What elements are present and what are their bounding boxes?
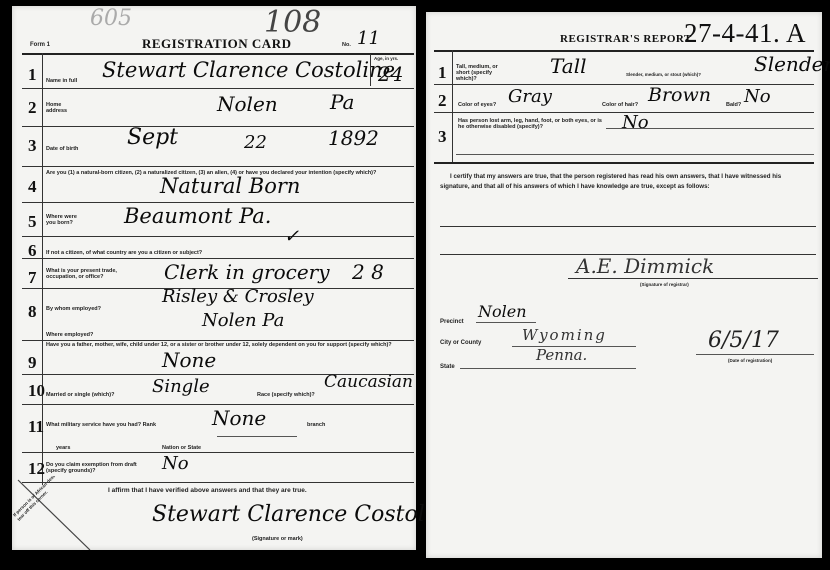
precinct-label: Precinct — [440, 319, 464, 325]
county-label: City or County — [440, 340, 481, 346]
state-label: State — [440, 364, 455, 370]
disability-value: No — [622, 114, 649, 132]
row-number: 1 — [28, 66, 37, 83]
certification-text: I certify that my answers are true, that… — [440, 172, 810, 192]
military-rank-value: None — [212, 408, 266, 428]
build-label: Slender, medium, or stout (which)? — [626, 72, 701, 78]
state-line — [460, 368, 636, 369]
row-number: 7 — [28, 269, 37, 286]
citizenship-value: Natural Born — [160, 176, 300, 197]
date-label: (Date of registration) — [728, 358, 772, 364]
birthplace-value: Beaumont Pa. — [124, 206, 271, 227]
employment-place-value: Nolen Pa — [202, 312, 284, 330]
blank-line — [606, 128, 814, 129]
age-divider — [370, 54, 371, 86]
military-service-label: What military service have you had? Rank — [46, 422, 156, 428]
row-number: 3 — [28, 137, 37, 154]
exemption-value: No — [162, 455, 189, 473]
row-number: 10 — [28, 382, 45, 399]
registrant-signature: Stewart Clarence Costoline — [152, 504, 459, 526]
blank-line — [456, 154, 814, 155]
registration-date: 6/5/17 — [708, 330, 779, 352]
employment-place-label: Where employed? — [46, 332, 93, 338]
occupation-label: What is your present trade, occupation, … — [46, 268, 126, 280]
date-line — [696, 354, 814, 355]
branch-label: branch — [307, 422, 325, 428]
dependents-value: None — [162, 350, 216, 370]
signature-line — [568, 278, 818, 279]
nation-state-label: Nation or State — [162, 445, 201, 451]
age-value: 24 — [378, 64, 403, 84]
exemption-label: Do you claim exemption from draft (speci… — [46, 462, 141, 474]
race-value: Caucasian — [324, 374, 413, 391]
marital-status-label: Married or single (which)? — [46, 392, 114, 398]
name-value: Stewart Clarence Costoline — [102, 60, 395, 81]
row-divider — [22, 404, 414, 405]
report-stamp: 27-4-41. A — [684, 18, 806, 49]
precinct-line — [476, 322, 536, 323]
birthplace-label: Where were you born? — [46, 214, 86, 226]
precinct-value: Nolen — [478, 304, 527, 320]
home-address-label: Home address — [46, 102, 76, 114]
report-title: REGISTRAR'S REPORT — [560, 33, 692, 45]
occupation-extra: 2 8 — [352, 262, 384, 282]
serial-number: 11 — [357, 30, 380, 48]
registration-card: Form 1 605 REGISTRATION CARD 108 No. 11 … — [12, 6, 416, 550]
bald-value: No — [744, 88, 771, 106]
affirmation-text: I affirm that I have verified above answ… — [108, 486, 307, 496]
dependents-label: Have you a father, mother, wife, child u… — [46, 342, 406, 348]
home-city-value: Nolen — [217, 94, 278, 114]
row-number: 2 — [28, 99, 37, 116]
card-number: 108 — [264, 8, 321, 38]
signature-label: (Signature or mark) — [252, 536, 303, 542]
row-number: 8 — [28, 303, 37, 320]
employer-label: By whom employed? — [46, 306, 101, 312]
exception-line — [440, 226, 816, 227]
tear-off-corner: If person is of African descent, tear of… — [12, 476, 102, 550]
row-divider — [22, 236, 414, 237]
row-divider — [22, 340, 414, 341]
row-divider — [22, 258, 414, 259]
row-number: 9 — [28, 354, 37, 371]
no-label: No. — [342, 42, 351, 48]
number-column-line — [452, 50, 453, 162]
height-label: Tall, medium, or short (specify which)? — [456, 64, 511, 82]
pencil-number: 605 — [90, 8, 132, 30]
bald-label: Bald? — [726, 102, 741, 108]
county-value: Wyoming — [522, 328, 607, 343]
row-number: 1 — [438, 64, 447, 81]
hair-color-value: Brown — [648, 86, 711, 105]
home-state-value: Pa — [330, 92, 354, 112]
registrars-report-card: REGISTRAR'S REPORT 27-4-41. A 1 Tall, me… — [426, 12, 822, 558]
row-number: 3 — [438, 128, 447, 145]
row-number: 12 — [28, 460, 45, 477]
row-number: 4 — [28, 178, 37, 195]
registrar-signature: A.E. Dimmick — [576, 256, 714, 276]
form-label: Form 1 — [30, 42, 50, 48]
eye-color-label: Color of eyes? — [458, 102, 496, 108]
row-number: 11 — [28, 418, 44, 435]
row-divider — [22, 166, 414, 167]
check-mark-icon: ✓ — [284, 228, 299, 246]
row-divider — [434, 162, 814, 164]
row-divider — [22, 88, 414, 89]
race-label: Race (specify which)? — [257, 392, 315, 398]
build-value: Slender — [754, 54, 830, 74]
state-value: Penna. — [536, 348, 587, 363]
dob-year: 1892 — [328, 128, 379, 148]
blank-line — [217, 436, 297, 437]
disability-label: Has person lost arm, leg, hand, foot, or… — [458, 118, 603, 130]
dob-month: Sept — [127, 127, 178, 149]
height-value: Tall — [550, 56, 587, 76]
header-divider — [22, 53, 414, 55]
dob-day: 22 — [244, 134, 267, 152]
row-divider — [22, 202, 414, 203]
foreign-citizen-label: If not a citizen, of what country are yo… — [46, 250, 202, 256]
years-label: years — [56, 445, 70, 451]
row-number: 2 — [438, 92, 447, 109]
registrar-signature-label: (Signature of registrar) — [640, 282, 689, 288]
employer-value: Risley & Crosley — [162, 288, 314, 306]
dob-label: Date of birth — [46, 146, 78, 152]
hair-color-label: Color of hair? — [602, 102, 638, 108]
row-divider — [22, 452, 414, 453]
row-number: 6 — [28, 242, 37, 259]
marital-status-value: Single — [152, 378, 210, 396]
row-number: 5 — [28, 213, 37, 230]
occupation-value: Clerk in grocery — [164, 262, 330, 282]
eye-color-value: Gray — [508, 88, 552, 106]
row-divider — [434, 84, 814, 85]
name-label: Name in full — [46, 78, 77, 84]
